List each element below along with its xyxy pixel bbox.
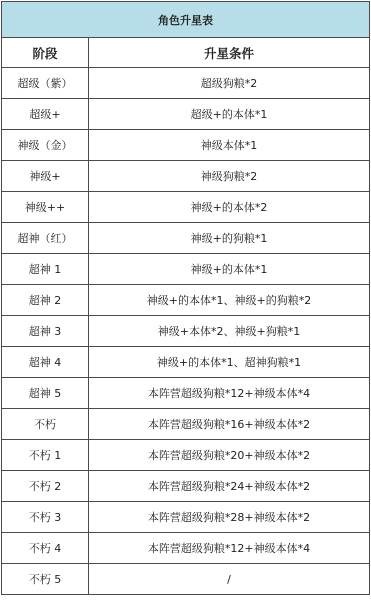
table-row: 不朽 1本阵营超级狗粮*20+神级本体*2 bbox=[2, 440, 370, 471]
stage-cell: 超神 5 bbox=[2, 378, 89, 409]
table-row: 超神（红）神级+的狗粮*1 bbox=[2, 223, 370, 254]
condition-cell: 本阵营超级狗粮*12+神级本体*4 bbox=[89, 378, 370, 409]
condition-cell: 神级+的本体*2 bbox=[89, 192, 370, 223]
stage-cell: 不朽 5 bbox=[2, 564, 89, 595]
table-row: 神级+神级狗粮*2 bbox=[2, 161, 370, 192]
condition-cell: 神级+本体*2、神级+狗粮*1 bbox=[89, 316, 370, 347]
condition-cell: 本阵营超级狗粮*28+神级本体*2 bbox=[89, 502, 370, 533]
column-header-stage: 阶段 bbox=[2, 38, 89, 68]
stage-cell: 超神 1 bbox=[2, 254, 89, 285]
star-upgrade-table: 角色升星表 阶段 升星条件 超级（紫）超级狗粮*2超级+超级+的本体*1神级（金… bbox=[1, 1, 370, 595]
title-row: 角色升星表 bbox=[2, 2, 370, 38]
stage-cell: 超神（红） bbox=[2, 223, 89, 254]
table-row: 不朽 4本阵营超级狗粮*12+神级本体*4 bbox=[2, 533, 370, 564]
condition-cell: 本阵营超级狗粮*12+神级本体*4 bbox=[89, 533, 370, 564]
stage-cell: 超神 4 bbox=[2, 347, 89, 378]
table-row: 超神 1神级+的本体*1 bbox=[2, 254, 370, 285]
condition-cell: 超级狗粮*2 bbox=[89, 68, 370, 99]
stage-cell: 神级+ bbox=[2, 161, 89, 192]
table-row: 不朽 3本阵营超级狗粮*28+神级本体*2 bbox=[2, 502, 370, 533]
stage-cell: 超级+ bbox=[2, 99, 89, 130]
stage-cell: 超级（紫） bbox=[2, 68, 89, 99]
table-row: 超神 2神级+的本体*1、神级+的狗粮*2 bbox=[2, 285, 370, 316]
condition-cell: 神级+的本体*1、神级+的狗粮*2 bbox=[89, 285, 370, 316]
stage-cell: 不朽 bbox=[2, 409, 89, 440]
stage-cell: 超神 2 bbox=[2, 285, 89, 316]
table-row: 神级++神级+的本体*2 bbox=[2, 192, 370, 223]
stage-cell: 超神 3 bbox=[2, 316, 89, 347]
stage-cell: 神级++ bbox=[2, 192, 89, 223]
condition-cell: / bbox=[89, 564, 370, 595]
table-row: 神级（金）神级本体*1 bbox=[2, 130, 370, 161]
condition-cell: 神级+的狗粮*1 bbox=[89, 223, 370, 254]
table-row: 超级+超级+的本体*1 bbox=[2, 99, 370, 130]
table-row: 超神 5本阵营超级狗粮*12+神级本体*4 bbox=[2, 378, 370, 409]
condition-cell: 超级+的本体*1 bbox=[89, 99, 370, 130]
table-row: 超级（紫）超级狗粮*2 bbox=[2, 68, 370, 99]
condition-cell: 本阵营超级狗粮*20+神级本体*2 bbox=[89, 440, 370, 471]
table-row: 不朽 2本阵营超级狗粮*24+神级本体*2 bbox=[2, 471, 370, 502]
table-row: 超神 4神级+的本体*1、超神狗粮*1 bbox=[2, 347, 370, 378]
condition-cell: 本阵营超级狗粮*16+神级本体*2 bbox=[89, 409, 370, 440]
table-row: 不朽本阵营超级狗粮*16+神级本体*2 bbox=[2, 409, 370, 440]
stage-cell: 不朽 4 bbox=[2, 533, 89, 564]
stage-cell: 不朽 1 bbox=[2, 440, 89, 471]
column-header-condition: 升星条件 bbox=[89, 38, 370, 68]
table-title: 角色升星表 bbox=[2, 2, 370, 38]
header-row: 阶段 升星条件 bbox=[2, 38, 370, 68]
table-row: 不朽 5/ bbox=[2, 564, 370, 595]
condition-cell: 神级狗粮*2 bbox=[89, 161, 370, 192]
stage-cell: 神级（金） bbox=[2, 130, 89, 161]
stage-cell: 不朽 2 bbox=[2, 471, 89, 502]
condition-cell: 神级本体*1 bbox=[89, 130, 370, 161]
condition-cell: 本阵营超级狗粮*24+神级本体*2 bbox=[89, 471, 370, 502]
condition-cell: 神级+的本体*1 bbox=[89, 254, 370, 285]
table-row: 超神 3神级+本体*2、神级+狗粮*1 bbox=[2, 316, 370, 347]
stage-cell: 不朽 3 bbox=[2, 502, 89, 533]
condition-cell: 神级+的本体*1、超神狗粮*1 bbox=[89, 347, 370, 378]
